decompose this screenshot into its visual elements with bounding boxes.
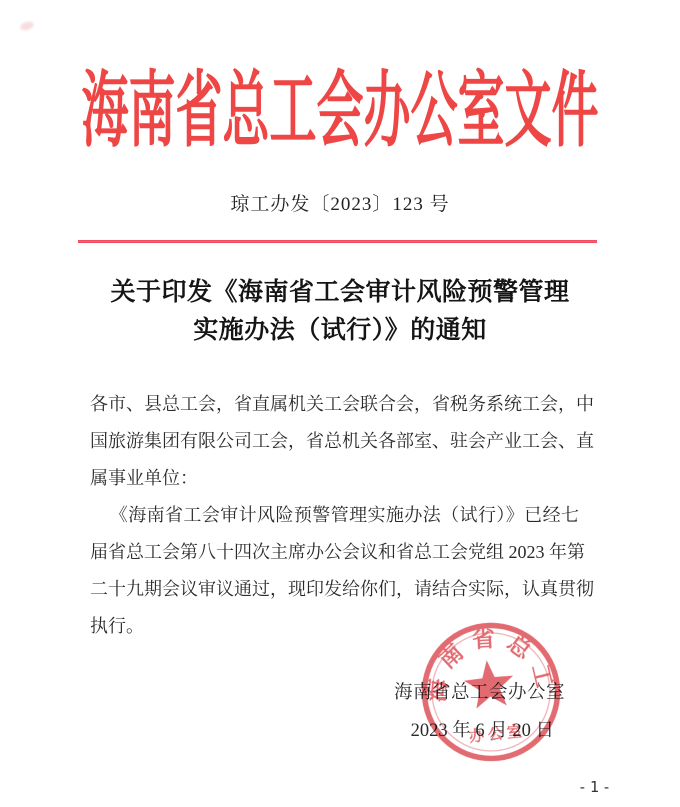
- notice-title-line-2: 实施办法（试行）》的通知: [0, 312, 680, 350]
- document-body: 各市、县总工会，省直属机关工会联合会，省税务系统工会，中 国旅游集团有限公司工会…: [90, 386, 579, 645]
- recipients-line: 各市、县总工会，省直属机关工会联合会，省税务系统工会，中: [90, 386, 579, 423]
- official-seal: 海南省总工会 办公室: [409, 610, 574, 775]
- page-number: -1-: [578, 778, 614, 796]
- notice-title-line-1: 关于印发《海南省工会审计风险预警管理: [0, 274, 680, 312]
- notice-title: 关于印发《海南省工会审计风险预警管理 实施办法（试行）》的通知: [0, 274, 680, 350]
- paragraph-line: 《海南省工会审计风险预警管理实施办法（试行）》已经七: [90, 497, 579, 534]
- paragraph-line: 届省总工会第八十四次主席办公会议和省总工会党组 2023 年第: [90, 534, 579, 571]
- seal-star-icon: [462, 658, 516, 710]
- document-page: 海南省总工会办公室文件 琼工办发〔2023〕123 号 关于印发《海南省工会审计…: [0, 0, 680, 807]
- document-header-title: 海南省总工会办公室文件: [82, 45, 599, 162]
- paragraph-line: 二十九期会议审议通过，现印发给你们，请结合实际，认真贯彻: [90, 571, 579, 608]
- recipients-line: 国旅游集团有限公司工会，省总机关各部室、驻会产业工会、直: [90, 423, 579, 460]
- document-number: 琼工办发〔2023〕123 号: [0, 189, 680, 216]
- seal-bottom-text-label: 办公室: [468, 722, 527, 746]
- header-divider-line: [78, 240, 597, 243]
- scan-artifact-mark: [19, 20, 35, 32]
- document-header: 海南省总工会办公室文件: [0, 58, 680, 150]
- recipients-line: 属事业单位：: [90, 460, 579, 497]
